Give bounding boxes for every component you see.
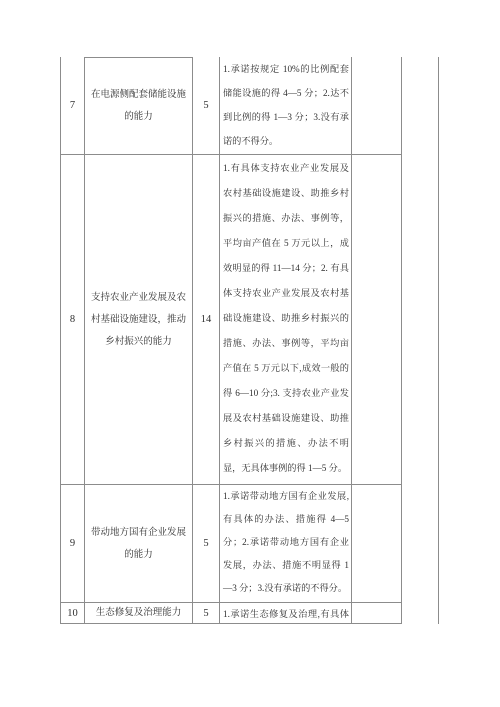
- row-8-number-cell: 8: [60, 155, 85, 485]
- row-8-score-cell: 14: [193, 155, 220, 485]
- blank-merged-column-cell: [402, 57, 439, 624]
- row-9-description-cell: 1.承诺带动地方国有企业发展,有具体的办法、措施得 4—5 分；2.承诺带动地方…: [220, 485, 352, 603]
- row-7-criteria-cell: 在电源侧配套储能设施的能力: [85, 57, 193, 155]
- row-9-score-cell: 5: [193, 485, 220, 603]
- row-9-criteria-cell: 带动地方国有企业发展的能力: [85, 485, 193, 603]
- scoring-table: 7 在电源侧配套储能设施的能力 5 1.承诺按规定 10%的比例配套储能设施的得…: [60, 57, 439, 624]
- row-8-description-cell: 1.有具体支持农业产业发展及农村基础设施建设、助推乡村振兴的措施、办法、事例等，…: [220, 155, 352, 485]
- row-7-blank-cell: [352, 57, 402, 155]
- row-9-blank-cell: [352, 485, 402, 603]
- row-8-blank-cell: [352, 155, 402, 485]
- row-7-score-cell: 5: [193, 57, 220, 155]
- row-7-description-cell: 1.承诺按规定 10%的比例配套储能设施的得 4—5 分；2.达不到比例的得 1…: [220, 57, 352, 155]
- document-page: 7 在电源侧配套储能设施的能力 5 1.承诺按规定 10%的比例配套储能设施的得…: [0, 0, 500, 707]
- row-10-number-cell: 10: [60, 603, 85, 624]
- row-10-criteria-cell: 生态修复及治理能力: [85, 603, 193, 624]
- row-8-criteria-cell: 支持农业产业发展及农村基础设施建设，推动乡村振兴的能力: [85, 155, 193, 485]
- row-10-score-cell: 5: [193, 603, 220, 624]
- row-7-number-cell: 7: [60, 57, 85, 155]
- row-10-description-cell: 1.承诺生态修复及治理,有具体的: [220, 603, 352, 624]
- row-9-number-cell: 9: [60, 485, 85, 603]
- row-10-blank-cell: [352, 603, 402, 624]
